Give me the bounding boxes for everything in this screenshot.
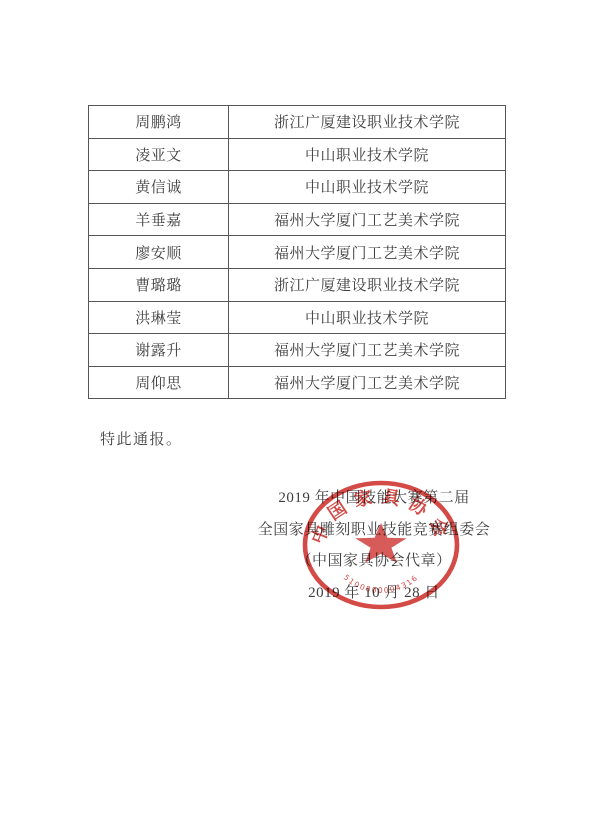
- winner-name-cell: 廖安顺: [89, 236, 229, 269]
- winner-school-cell: 中山职业技术学院: [229, 138, 506, 171]
- winner-school-cell: 中山职业技术学院: [229, 301, 506, 334]
- signature-block: 2019 年中国技能大赛第二届 全国家具雕刻职业技能竞赛组委会 （中国家具协会代…: [238, 483, 510, 609]
- winner-name-cell: 谢露升: [89, 334, 229, 367]
- winner-name-cell: 黄信诚: [89, 171, 229, 204]
- winner-school-cell: 福州大学厦门工艺美术学院: [229, 236, 506, 269]
- winner-school-cell: 浙江广厦建设职业技术学院: [229, 106, 506, 139]
- winners-table: 周鹏鸿 浙江广厦建设职业技术学院 凌亚文 中山职业技术学院 黄信诚 中山职业技术…: [88, 105, 506, 399]
- winner-name-cell: 周仰思: [89, 366, 229, 399]
- signature-line-onbehalf: （中国家具协会代章）: [238, 546, 510, 578]
- table-row: 周仰思 福州大学厦门工艺美术学院: [89, 366, 506, 399]
- winner-school-cell: 浙江广厦建设职业技术学院: [229, 268, 506, 301]
- closing-statement: 特此通报。: [100, 428, 183, 449]
- winner-school-cell: 福州大学厦门工艺美术学院: [229, 366, 506, 399]
- signature-line-committee: 全国家具雕刻职业技能竞赛组委会: [238, 515, 510, 547]
- table-row: 谢露升 福州大学厦门工艺美术学院: [89, 334, 506, 367]
- winner-school-cell: 福州大学厦门工艺美术学院: [229, 203, 506, 236]
- winner-name-cell: 周鹏鸿: [89, 106, 229, 139]
- table-row: 廖安顺 福州大学厦门工艺美术学院: [89, 236, 506, 269]
- table-row: 凌亚文 中山职业技术学院: [89, 138, 506, 171]
- table-row: 洪琳莹 中山职业技术学院: [89, 301, 506, 334]
- table-row: 周鹏鸿 浙江广厦建设职业技术学院: [89, 106, 506, 139]
- winner-name-cell: 凌亚文: [89, 138, 229, 171]
- scanned-notice-page: { "document": { "table": { "rows": [ { "…: [0, 0, 594, 840]
- signature-line-event: 2019 年中国技能大赛第二届: [238, 483, 510, 515]
- table-row: 羊垂嘉 福州大学厦门工艺美术学院: [89, 203, 506, 236]
- table-row: 曹璐璐 浙江广厦建设职业技术学院: [89, 268, 506, 301]
- winner-school-cell: 中山职业技术学院: [229, 171, 506, 204]
- winner-name-cell: 羊垂嘉: [89, 203, 229, 236]
- winner-school-cell: 福州大学厦门工艺美术学院: [229, 334, 506, 367]
- winner-name-cell: 洪琳莹: [89, 301, 229, 334]
- winner-name-cell: 曹璐璐: [89, 268, 229, 301]
- signature-line-date: 2019 年 10 月 28 日: [238, 578, 510, 610]
- table-row: 黄信诚 中山职业技术学院: [89, 171, 506, 204]
